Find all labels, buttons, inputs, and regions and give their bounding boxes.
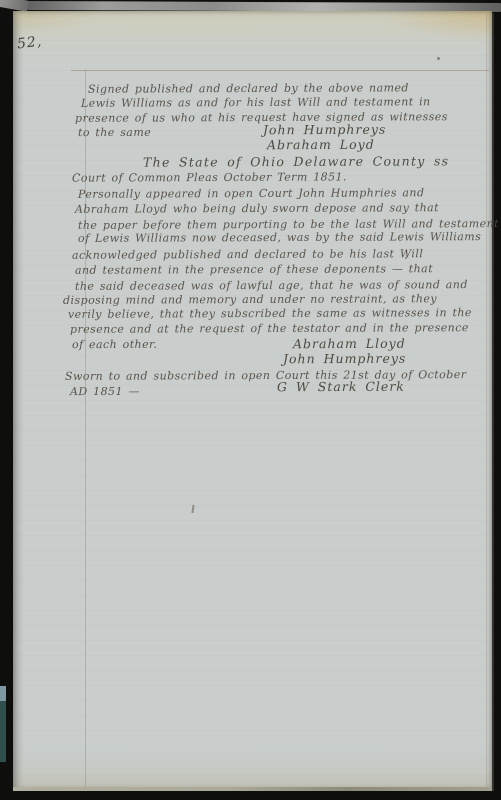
page-edge-shadow: [492, 13, 494, 791]
scanned-document-page: 52, Signed published and declared by the…: [0, 0, 501, 800]
probate-line: presence and at the request of the testa…: [70, 321, 469, 336]
manuscript-paper: 52, Signed published and declared by the…: [13, 11, 492, 791]
scan-artifact-blue: [0, 686, 6, 701]
dust-speck: [405, 257, 407, 259]
attestation-line: Lewis Williams as and for his last Will …: [81, 95, 431, 110]
probate-line: the said deceased was of lawful age, tha…: [75, 278, 468, 293]
page-number: 52,: [16, 34, 43, 53]
probate-line: and testament in the presence of these d…: [75, 262, 433, 277]
attestation-line: to the same: [78, 126, 151, 139]
scanner-corner-fragment: [0, 0, 29, 12]
probate-line: Abraham Lloyd who being duly sworn depos…: [75, 201, 439, 216]
attestation-line: presence of us who at his request have s…: [75, 110, 448, 125]
signature-john-humphreys: John Humphreys: [263, 123, 386, 137]
probate-line: of Lewis Williams now deceased, was by t…: [78, 230, 481, 245]
signature-clerk-gw-stark: G W Stark Clerk: [277, 380, 405, 394]
probate-line: Court of Common Pleas October Term 1851.: [72, 170, 347, 184]
probate-line: verily believe, that they subscribed the…: [68, 306, 472, 321]
dust-speck: [437, 57, 440, 60]
dust-speck: [307, 143, 309, 145]
probate-line: of each other.: [72, 338, 158, 351]
probate-line: disposing mind and memory and under no r…: [63, 292, 437, 307]
ledger-rule-right-margin: [486, 13, 487, 789]
stray-pen-mark: [191, 505, 194, 513]
page-bottom-edge: [13, 787, 492, 791]
probate-heading: The State of Ohio Delaware County ss: [143, 154, 449, 168]
attestation-line: Signed published and declared by the abo…: [88, 81, 409, 95]
signature-abraham-lloyd: Abraham Lloyd: [293, 337, 406, 350]
probate-line: Personally appeared in open Court John H…: [78, 186, 425, 201]
signature-abraham-loyd: Abraham Loyd: [267, 138, 375, 151]
scan-artifact-teal: [0, 701, 6, 762]
jurat-line: AD 1851 —: [70, 385, 140, 398]
jurat-line: Sworn to and subscribed in open Court th…: [65, 368, 466, 383]
signature-john-humphreys: John Humphreys: [283, 352, 406, 366]
ledger-rule-horizontal: [71, 70, 489, 71]
probate-line: acknowledged published and declared to b…: [72, 247, 423, 262]
